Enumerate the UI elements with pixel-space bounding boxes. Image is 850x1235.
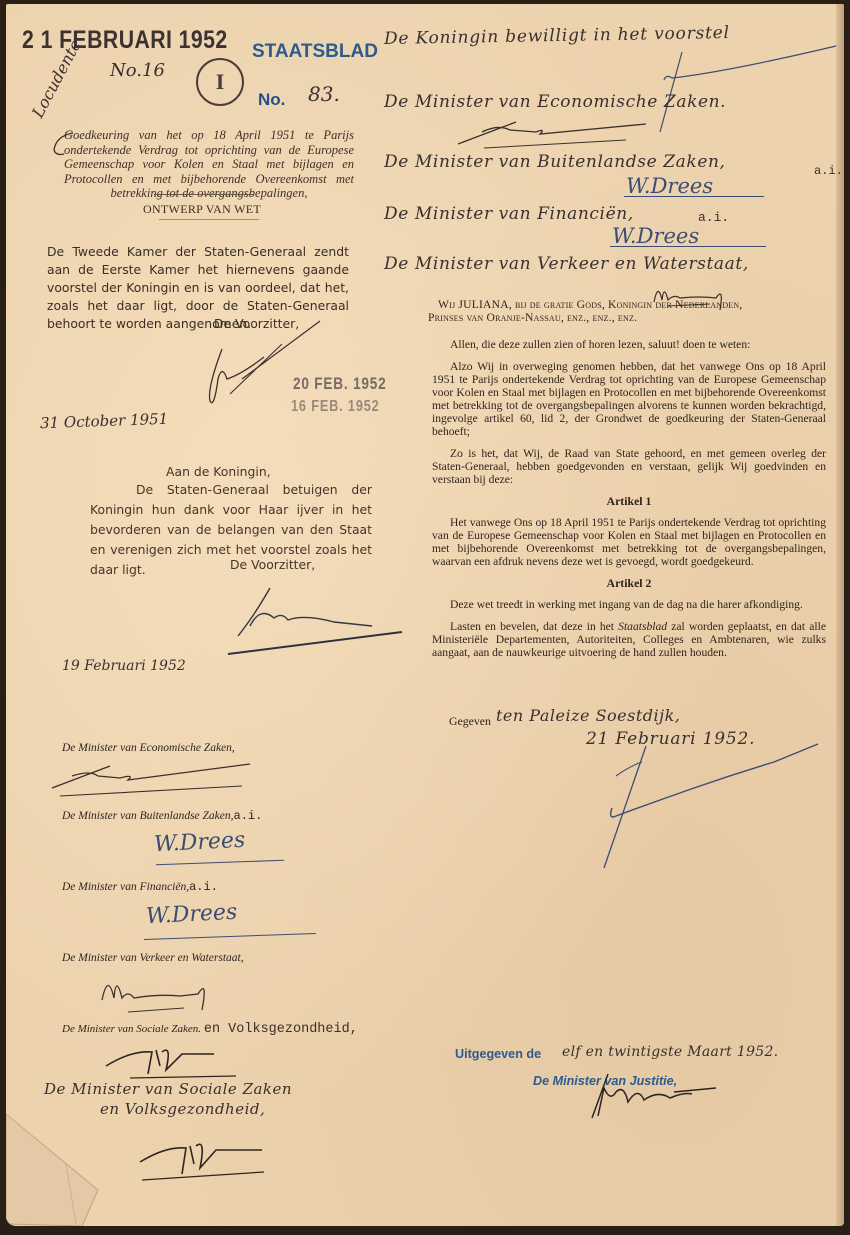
gegeven-place: ten Paleize Soestdijk,: [496, 706, 680, 725]
preamble: Wij JULIANA, bij de gratie Gods, Koningi…: [438, 298, 838, 324]
label-text: De Minister van Verkeer en Waterstaat,: [62, 952, 244, 964]
lasten-paragraph: Lasten en bevelen, dat deze in het Staat…: [432, 620, 826, 659]
handwritten-number-left: No.16: [110, 60, 165, 81]
signature-underline: [624, 196, 764, 197]
decree-body: Allen, die deze zullen zien of horen lez…: [432, 338, 826, 668]
date-stamp: 2 1 FEBRUARI 1952: [22, 26, 228, 55]
preamble-line2: Prinses van Oranje-Nassau, enz., enz., e…: [428, 311, 838, 324]
signature-verkeer-waterstaat: [98, 970, 228, 1020]
artikel-2-heading: Artikel 2: [432, 577, 826, 590]
signature-voorzitter-2: [224, 586, 414, 656]
signature-justitie: [588, 1072, 738, 1122]
acting-suffix: a.i.: [189, 880, 218, 894]
label-text: De Minister van Economische Zaken,: [62, 742, 235, 754]
artikel-1-heading: Artikel 1: [432, 495, 826, 508]
signature-juliana: [584, 738, 824, 878]
signature-sociale-zaken-2: [136, 1134, 276, 1184]
minister-label-buitenlandse-zaken: De Minister van Buitenlandse Zaken,a.i.: [62, 809, 262, 823]
handwritten-date-2: 19 Februari 1952: [62, 658, 186, 674]
signature-drees-right-1: W.Drees: [626, 174, 713, 198]
typed-suffix-ai-2: a.i.: [698, 210, 729, 225]
signature-sociale-zaken-1: [102, 1040, 242, 1080]
signature-economische-zaken: [50, 756, 270, 796]
acting-suffix: a.i.: [234, 809, 263, 823]
zo-is-het-paragraph: Zo is het, dat Wij, de Raad van State ge…: [432, 447, 826, 486]
artikel-2-text: Deze wet treedt in werking met ingang va…: [432, 598, 826, 611]
no-label: No.: [258, 90, 285, 110]
signature-underline: [144, 933, 316, 940]
minister-label-verkeer-waterstaat: De Minister van Verkeer en Waterstaat,: [62, 952, 244, 964]
artikel-1-text: Het vanwege Ons op 18 April 1951 te Pari…: [432, 516, 826, 568]
page-edge: [836, 4, 844, 1226]
signature-underline: [610, 246, 766, 247]
handwritten-minister-sociale-line1: De Minister van Sociale Zaken: [44, 1080, 292, 1098]
folded-corner: [6, 1114, 106, 1226]
typed-suffix: en Volksgezondheid,: [204, 1022, 358, 1037]
allen-paragraph: Allen, die deze zullen zien of horen lez…: [432, 338, 826, 351]
alzo-paragraph: Alzo Wij in overweging genomen hebben, d…: [432, 360, 826, 438]
handwritten-minister-financien: De Minister van Financiën,: [384, 204, 634, 224]
document-page: 2 1 FEBRUARI 1952 STAATSBLAD No.16 I No.…: [6, 4, 844, 1226]
received-stamp-1: 20 FEB. 1952: [293, 374, 387, 394]
uitgegeven-stamp: Uitgegeven de: [455, 1047, 541, 1061]
handwritten-number-right: 83.: [308, 82, 340, 106]
staatsblad-stamp: STAATSBLAD: [252, 41, 378, 63]
signature-underline: [156, 860, 284, 865]
staatsblad-italic: Staatsblad: [618, 620, 667, 633]
uitgegeven-date: elf en twintigste Maart 1952.: [562, 1044, 778, 1060]
label-text: De Minister van Buitenlandse Zaken,: [62, 810, 234, 822]
minister-label-financien: De Minister van Financiën,a.i.: [62, 880, 218, 894]
handwritten-minister-sociale-line2: en Volksgezondheid,: [100, 1100, 265, 1118]
divider: [159, 219, 259, 220]
handwritten-minister-economische: De Minister van Economische Zaken.: [384, 92, 726, 112]
signature-drees-2: W.Drees: [145, 900, 237, 930]
divider: [154, 194, 254, 195]
handwritten-minister-verkeer: De Minister van Verkeer en Waterstaat,: [384, 254, 749, 274]
voorzitter-2: De Voorzitter,: [230, 557, 315, 572]
signature-drees-1: W.Drees: [153, 828, 245, 858]
circle-roman-numeral: I: [196, 58, 244, 106]
minister-label-sociale-zaken: De Minister van Sociale Zaken. en Volksg…: [62, 1022, 358, 1037]
minister-label-economische-zaken: De Minister van Economische Zaken,: [62, 742, 235, 754]
handwritten-minister-buitenlandse: De Minister van Buitenlandse Zaken,: [384, 152, 726, 172]
signature-economische-right: [456, 110, 656, 150]
handwritten-date-1: 31 October 1951: [40, 410, 169, 432]
label-text: De Minister van Sociale Zaken.: [62, 1023, 201, 1035]
label-text: De Minister van Financiën,: [62, 881, 189, 893]
ontwerp-heading: ONTWERP VAN WET: [143, 202, 261, 217]
gegeven-label: Gegeven: [449, 714, 491, 729]
law-title: Goedkeuring van het op 18 April 1951 te …: [64, 128, 354, 201]
signature-drees-right-2: W.Drees: [612, 224, 699, 248]
aan-de-koningin: Aan de Koningin,: [166, 464, 271, 479]
preamble-line1: Wij JULIANA, bij de gratie Gods, Koningi…: [438, 298, 838, 311]
circle-label: I: [216, 69, 225, 95]
received-stamp-2: 16 FEB. 1952: [291, 398, 380, 416]
lasten-pre: Lasten en bevelen, dat deze in het: [450, 620, 618, 633]
typed-suffix-ai-1: a.i.: [814, 164, 843, 178]
